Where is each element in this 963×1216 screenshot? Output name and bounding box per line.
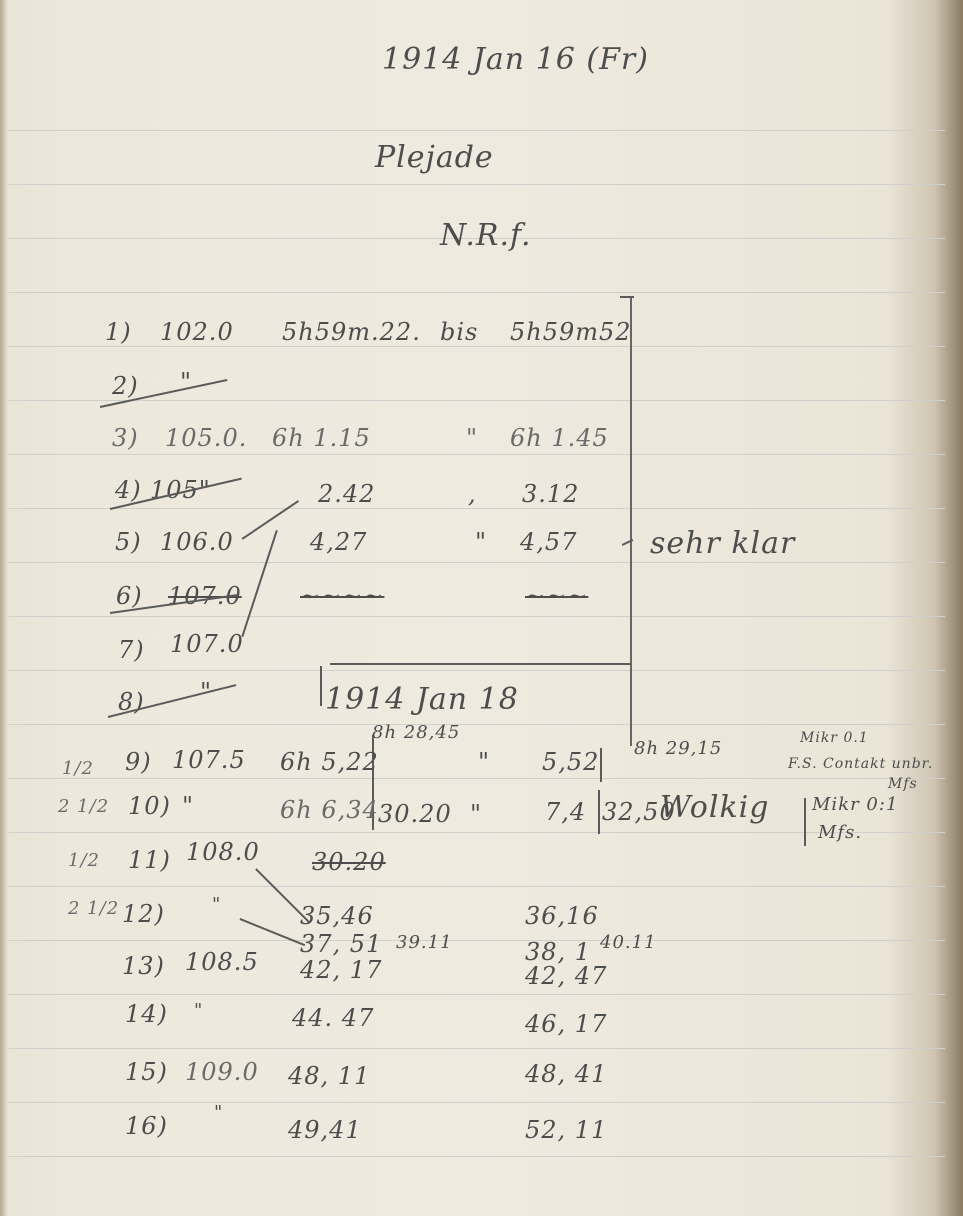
ruled-line: [8, 778, 945, 779]
row-start: 35,46: [300, 902, 374, 930]
brace-line: [620, 296, 634, 298]
row-number: 15): [125, 1058, 168, 1086]
divider-line: [598, 790, 600, 834]
row-number: 13): [122, 952, 165, 980]
instrument-note: F.S. Contakt unbr.: [788, 756, 933, 772]
row-start-alt: 30.20: [378, 800, 452, 828]
ruled-line: [8, 130, 945, 131]
ruled-line: [8, 994, 945, 995]
row-value: 109.0: [185, 1058, 259, 1086]
row-end: 7,4: [545, 798, 586, 826]
row-end: 6h 1.45: [510, 424, 609, 452]
row-sep: ": [478, 748, 490, 776]
row-sep: ": [466, 424, 478, 452]
divider-line: [600, 748, 602, 782]
bracket-line: [320, 666, 322, 706]
row-value: 107.0: [170, 630, 244, 658]
row-number: 4): [115, 476, 142, 504]
row-value: ": [214, 1102, 223, 1123]
row-end: 52, 11: [525, 1116, 607, 1144]
row-start: 2.42: [318, 480, 375, 508]
row-end: ~~~: [525, 582, 588, 610]
ruled-line: [8, 886, 945, 887]
row-start: 5h59m.22.: [282, 318, 421, 346]
row-start-alt: 39.11: [396, 932, 453, 953]
row-end: 36,16: [525, 902, 599, 930]
row-start: 6h 6,34: [280, 796, 379, 824]
row-sep: ,: [468, 480, 477, 508]
margin-note: 2 1/2: [68, 898, 119, 919]
row-value: 106.0: [160, 528, 234, 556]
ruled-line: [8, 292, 945, 293]
row-start: 37, 51: [300, 930, 382, 958]
row-end: 42, 47: [525, 962, 607, 990]
brace-line: [804, 798, 812, 846]
ruled-line: [8, 562, 945, 563]
subtitle: N.R.f.: [440, 218, 532, 253]
bracket-line: [330, 663, 630, 665]
weather-note-wolkig: Wolkig: [660, 790, 769, 825]
row-value: ": [212, 894, 221, 915]
row-end-alt: 40.11: [600, 932, 657, 953]
second-date: 1914 Jan 18: [325, 682, 519, 717]
instrument-note: Mikr 0.1: [800, 730, 869, 746]
row-start-alt: 8h 28,45: [372, 722, 460, 743]
row-value: 108.5: [185, 948, 259, 976]
row-start: 6h 1.15: [272, 424, 371, 452]
row-value: ": [180, 368, 192, 396]
instrument-note: Mfs.: [818, 822, 862, 843]
row-start: 6h 5,22: [280, 748, 379, 776]
row-number: 6): [116, 582, 143, 610]
row-end: 5,52: [542, 748, 599, 776]
row-number: 2): [112, 372, 139, 400]
arrow-line: [242, 500, 299, 539]
row-number: 7): [118, 636, 145, 664]
row-value: 102.0: [160, 318, 234, 346]
row-number: 11): [128, 846, 171, 874]
margin-note: 1/2: [68, 850, 100, 871]
ruled-line: [8, 1048, 945, 1049]
ruled-line: [8, 1156, 945, 1157]
row-start: ~~~~: [300, 582, 384, 610]
row-end: 46, 17: [525, 1010, 607, 1038]
row-start: 4,27: [310, 528, 367, 556]
row-end: 3.12: [522, 480, 579, 508]
ruled-line: [8, 346, 945, 347]
row-number: 3): [112, 424, 139, 452]
ruled-line: [8, 184, 945, 185]
row-number: 16): [125, 1112, 168, 1140]
notebook-page: 1914 Jan 16 (Fr) Plejade N.R.f. 1) 102.0…: [0, 0, 963, 1216]
ruled-line: [8, 616, 945, 617]
connector-line: [240, 918, 305, 946]
row-number: 14): [125, 1000, 168, 1028]
row-value: ": [194, 1000, 203, 1021]
ruled-line: [8, 400, 945, 401]
row-sep: ": [470, 800, 482, 828]
row-start: 49,41: [288, 1116, 362, 1144]
weather-note-sehr-klar: sehr klar: [650, 526, 795, 561]
ruled-line: [8, 670, 945, 671]
arrow-line: [241, 530, 277, 637]
row-start: 44. 47: [292, 1004, 374, 1032]
row-start: 48, 11: [288, 1062, 370, 1090]
row-number: 9): [125, 748, 152, 776]
row-end-alt: 8h 29,15: [634, 738, 722, 759]
row-value: 105.0.: [165, 424, 247, 452]
instrument-note: Mikr 0:1: [812, 794, 898, 815]
row-number: 1): [105, 318, 132, 346]
ruled-line: [8, 940, 945, 941]
ruled-line: [8, 508, 945, 509]
ruled-line: [8, 724, 945, 725]
row-end: 4,57: [520, 528, 577, 556]
row-sep: bis: [440, 318, 478, 346]
row-number: 5): [115, 528, 142, 556]
row-end: 48, 41: [525, 1060, 607, 1088]
margin-note: 2 1/2: [58, 796, 109, 817]
row-end: 5h59m52: [510, 318, 632, 346]
row-value: 105": [150, 476, 211, 504]
object-name: Plejade: [375, 140, 494, 175]
row-value: ": [182, 792, 194, 820]
instrument-note: Mfs: [888, 776, 918, 792]
row-number: 12): [122, 900, 165, 928]
ruled-line: [8, 454, 945, 455]
ruled-line: [8, 1102, 945, 1103]
row-value: 107.5: [172, 746, 246, 774]
row-value: 108.0: [186, 838, 260, 866]
margin-note: 1/2: [62, 758, 94, 779]
row-start: 30.20: [312, 848, 386, 876]
row-number: 10): [128, 792, 171, 820]
brace-line: [630, 296, 632, 746]
page-date: 1914 Jan 16 (Fr): [382, 42, 649, 77]
row-sep: ": [475, 528, 487, 556]
row-start: 42, 17: [300, 956, 382, 984]
